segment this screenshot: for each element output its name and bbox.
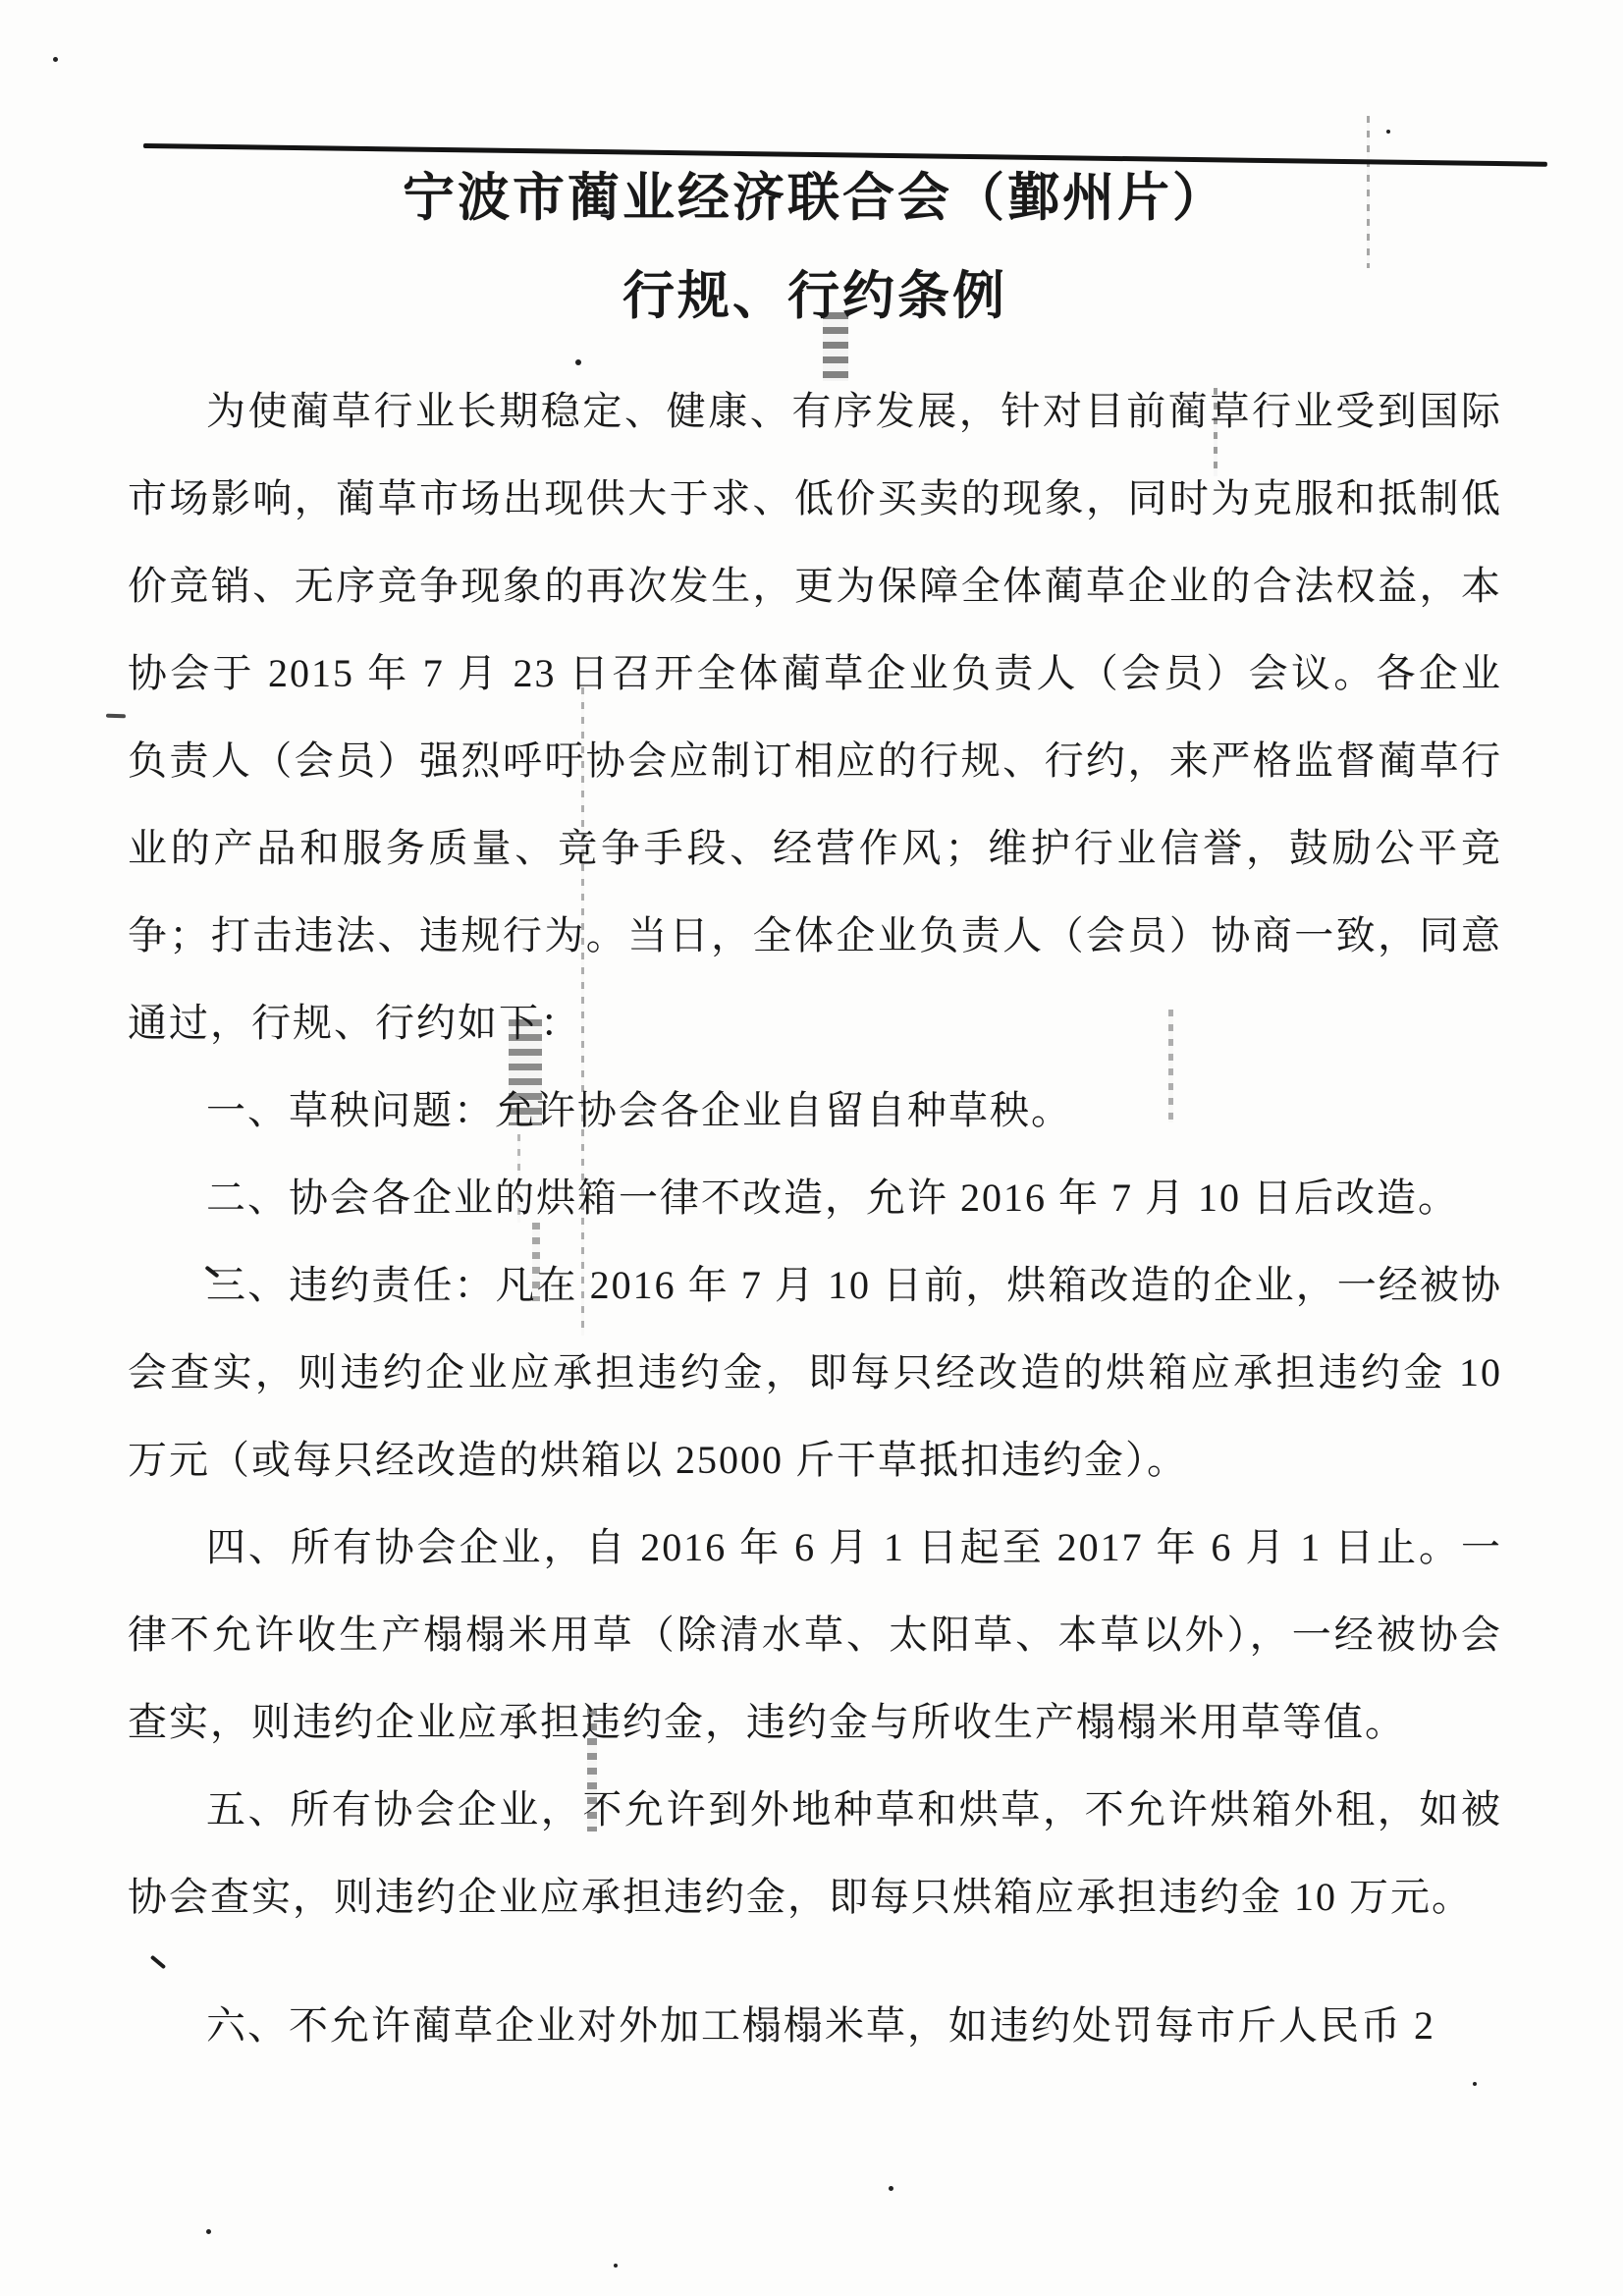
- scan-speck: [614, 2264, 618, 2268]
- scan-speck: [889, 2186, 893, 2191]
- intro-paragraph: 为使蔺草行业长期稳定、健康、有序发展，针对目前蔺草行业受到国际市场影响，蔺草市场…: [128, 367, 1502, 1066]
- scan-speck: [53, 57, 58, 62]
- document-title-line2: 行规、行约条例: [128, 247, 1502, 346]
- document-body: 宁波市蔺业经济联合会（鄞州片） 行规、行约条例 为使蔺草行业长期稳定、健康、有序…: [128, 149, 1502, 2069]
- rule-item-3: 三、违约责任：凡在 2016 年 7 月 10 日前，烘箱改造的企业，一经被协会…: [128, 1241, 1502, 1503]
- rule-item-6: 六、不允许蔺草企业对外加工榻榻米草，如违约处罚每市斤人民币 2: [128, 1982, 1502, 2069]
- scan-tick-mark: [106, 714, 126, 719]
- scan-speck: [206, 2229, 211, 2234]
- rule-item-4: 四、所有协会企业，自 2016 年 6 月 1 日起至 2017 年 6 月 1…: [128, 1503, 1502, 1766]
- document-title-line1: 宁波市蔺业经济联合会（鄞州片）: [128, 149, 1502, 247]
- rule-item-1: 一、草秧问题：允许协会各企业自留自种草秧。: [128, 1066, 1502, 1154]
- scan-speck: [1386, 130, 1390, 134]
- rule-item-2: 二、协会各企业的烘箱一律不改造，允许 2016 年 7 月 10 日后改造。: [128, 1154, 1502, 1241]
- rule-item-5: 五、所有协会企业，不允许到外地种草和烘草，不允许烘箱外租，如被协会查实，则违约企…: [128, 1766, 1502, 1941]
- scanned-document-page: 宁波市蔺业经济联合会（鄞州片） 行规、行约条例 为使蔺草行业长期稳定、健康、有序…: [0, 0, 1623, 2296]
- scan-speck: [1473, 2082, 1477, 2086]
